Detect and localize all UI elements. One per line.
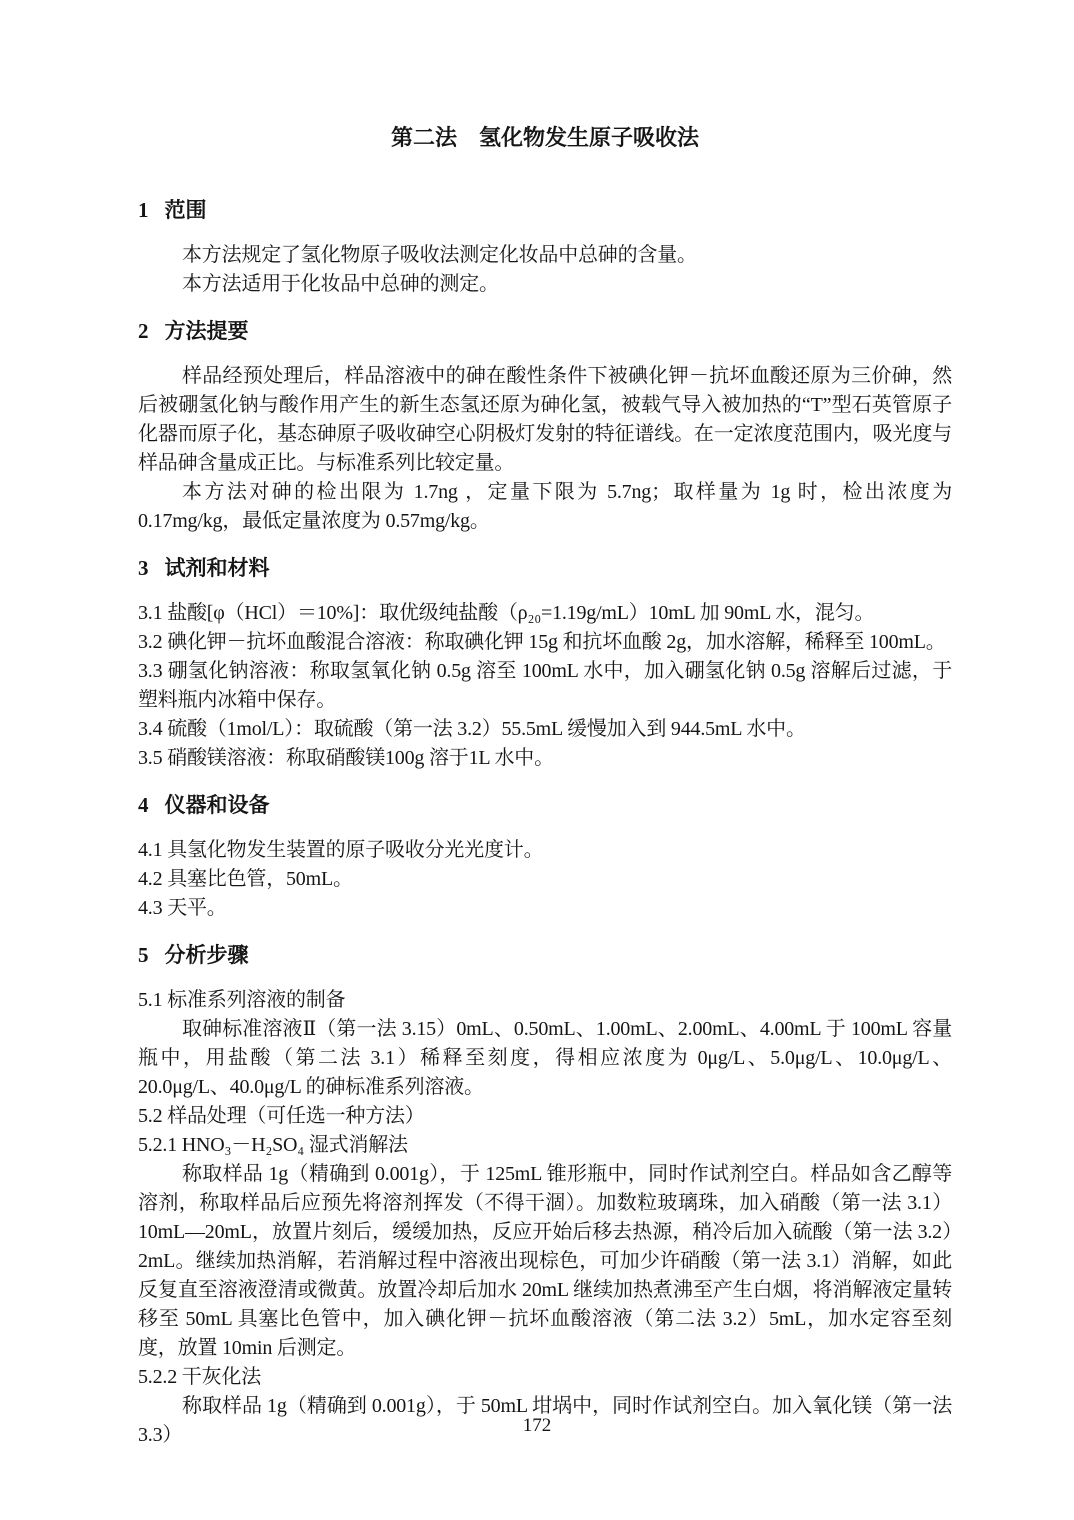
equipment-item: 4.1 具氢化物发生装置的原子吸收分光光度计。	[138, 836, 952, 865]
procedure-subheading: 5.2.2 干灰化法	[138, 1363, 952, 1392]
section-number: 5	[138, 939, 149, 972]
page-footer: 172	[0, 1414, 1074, 1438]
paragraph: 本方法规定了氢化物原子吸收法测定化妆品中总砷的含量。	[138, 241, 952, 270]
section-heading: 5分析步骤	[138, 939, 952, 972]
reagent-item: 3.1 盐酸[φ（HCl）＝10%]：取优级纯盐酸（ρ₂₀=1.19g/mL）1…	[138, 599, 952, 628]
paragraph: 样品经预处理后，样品溶液中的砷在酸性条件下被碘化钾－抗坏血酸还原为三价砷，然后被…	[138, 362, 952, 478]
procedure-subheading: 5.2.1 HNO₃－H₂SO₄ 湿式消解法	[138, 1131, 952, 1160]
section-procedure: 5分析步骤 5.1 标准系列溶液的制备 取砷标准溶液Ⅱ（第一法 3.15）0mL…	[138, 939, 952, 1450]
document-page: 第二法 氢化物发生原子吸收法 1范围 本方法规定了氢化物原子吸收法测定化妆品中总…	[0, 0, 1074, 1520]
reagent-item: 3.3 硼氢化钠溶液：称取氢氧化钠 0.5g 溶至 100mL 水中，加入硼氢化…	[138, 657, 952, 715]
section-equipment: 4仪器和设备 4.1 具氢化物发生装置的原子吸收分光光度计。 4.2 具塞比色管…	[138, 789, 952, 923]
section-number: 4	[138, 789, 149, 822]
page-number: 172	[523, 1415, 552, 1436]
paragraph: 本方法对砷的检出限为 1.7ng ，定量下限为 5.7ng；取样量为 1g 时，…	[138, 478, 952, 536]
section-scope: 1范围 本方法规定了氢化物原子吸收法测定化妆品中总砷的含量。 本方法适用于化妆品…	[138, 194, 952, 299]
section-number: 1	[138, 194, 149, 227]
paragraph: 本方法适用于化妆品中总砷的测定。	[138, 270, 952, 299]
section-title: 仪器和设备	[165, 794, 270, 817]
reagent-item: 3.2 碘化钾－抗坏血酸混合溶液：称取碘化钾 15g 和抗坏血酸 2g，加水溶解…	[138, 628, 952, 657]
section-number: 2	[138, 315, 149, 348]
section-number: 3	[138, 552, 149, 585]
section-reagents: 3试剂和材料 3.1 盐酸[φ（HCl）＝10%]：取优级纯盐酸（ρ₂₀=1.1…	[138, 552, 952, 773]
procedure-subheading: 5.2 样品处理（可任选一种方法）	[138, 1102, 952, 1131]
equipment-item: 4.2 具塞比色管，50mL。	[138, 865, 952, 894]
equipment-item: 4.3 天平。	[138, 894, 952, 923]
section-method-summary: 2方法提要 样品经预处理后，样品溶液中的砷在酸性条件下被碘化钾－抗坏血酸还原为三…	[138, 315, 952, 536]
procedure-subheading: 5.1 标准系列溶液的制备	[138, 986, 952, 1015]
section-heading: 2方法提要	[138, 315, 952, 348]
document-title: 第二法 氢化物发生原子吸收法	[138, 121, 952, 154]
section-title: 分析步骤	[165, 944, 249, 967]
section-heading: 3试剂和材料	[138, 552, 952, 585]
section-heading: 1范围	[138, 194, 952, 227]
section-title: 范围	[165, 199, 207, 222]
section-title: 方法提要	[165, 320, 249, 343]
section-title: 试剂和材料	[165, 557, 270, 580]
reagent-item: 3.5 硝酸镁溶液：称取硝酸镁100g 溶于1L 水中。	[138, 744, 952, 773]
section-heading: 4仪器和设备	[138, 789, 952, 822]
reagent-item: 3.4 硫酸（1mol/L）：取硫酸（第一法 3.2）55.5mL 缓慢加入到 …	[138, 715, 952, 744]
procedure-paragraph: 取砷标准溶液Ⅱ（第一法 3.15）0mL、0.50mL、1.00mL、2.00m…	[138, 1015, 952, 1102]
procedure-paragraph: 称取样品 1g（精确到 0.001g），于 125mL 锥形瓶中，同时作试剂空白…	[138, 1160, 952, 1363]
